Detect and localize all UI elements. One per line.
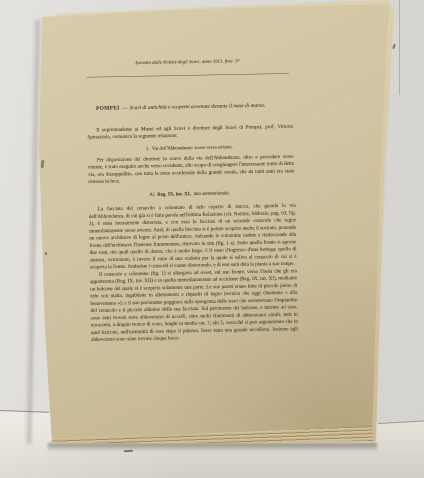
- spine-stain: [45, 252, 47, 255]
- header-rule: [87, 73, 289, 77]
- section-heading-number: I.: [146, 146, 149, 152]
- article-title-dash: —: [122, 105, 127, 111]
- subsection-heading-label: A): [149, 192, 154, 198]
- section-heading-text: Via dell'Abbondanza: scavo verso oriente…: [152, 144, 233, 151]
- wall-corner-line: [399, 0, 400, 95]
- article-title-lead: POMPEI: [96, 105, 120, 111]
- section-heading: I. Via dell'Abbondanza: scavo verso orie…: [88, 143, 292, 152]
- subsection-heading: A) Reg. IX, ins. XI, lato settentrionale…: [88, 189, 290, 198]
- journal-header-line: Estratto dalle Notizie degli Scavi, anno…: [86, 57, 290, 66]
- subsection-heading-rest: lato settentrionale.: [193, 190, 229, 196]
- printed-page-content: Estratto dalle Notizie degli Scavi, anno…: [86, 58, 294, 378]
- subsection-heading-region: Reg. IX, ins. XI,: [157, 191, 191, 197]
- body-paragraphs: La facciata del cenacolo a colonnato di …: [89, 202, 298, 344]
- paragraph-2: La facciata del cenacolo a colonnato di …: [89, 202, 297, 271]
- printed-page-text-block: Estratto dalle Notizie degli Scavi, anno…: [86, 54, 300, 382]
- paragraph-1: Per disposizione del direttore lo scavo …: [88, 153, 294, 186]
- intro-paragraph: Il soprintendente ai Musei ed agli Scavi…: [87, 123, 293, 141]
- paragraph-3: Il cenacolo a colonnine (fig. 1) si alla…: [90, 267, 298, 343]
- booklet-shadow-bottom: [48, 443, 377, 453]
- photo-of-booklet: Estratto dalle Notizie degli Scavi, anno…: [0, 0, 424, 478]
- article-title-subtitle: Scavi di antichità e scoperte avvenute d…: [130, 103, 266, 111]
- article-title: POMPEI — Scavi di antichità e scoperte a…: [87, 101, 293, 113]
